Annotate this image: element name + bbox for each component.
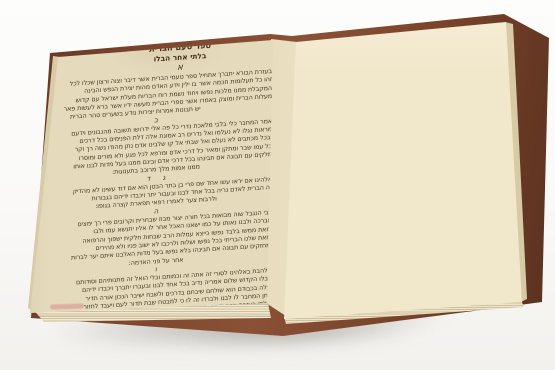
pencil-corner-mark: 1 bbox=[43, 20, 51, 31]
photo-of-open-manuscript: 1 850 בעה״ ספר טעם הברית בלתי אחר הבלו א… bbox=[0, 0, 555, 370]
manuscript-text-block: בעה״ ספר טעם הברית בלתי אחר הבלו א בעזרת… bbox=[40, 30, 272, 322]
pencil-folio-number: 850 bbox=[81, 26, 108, 42]
